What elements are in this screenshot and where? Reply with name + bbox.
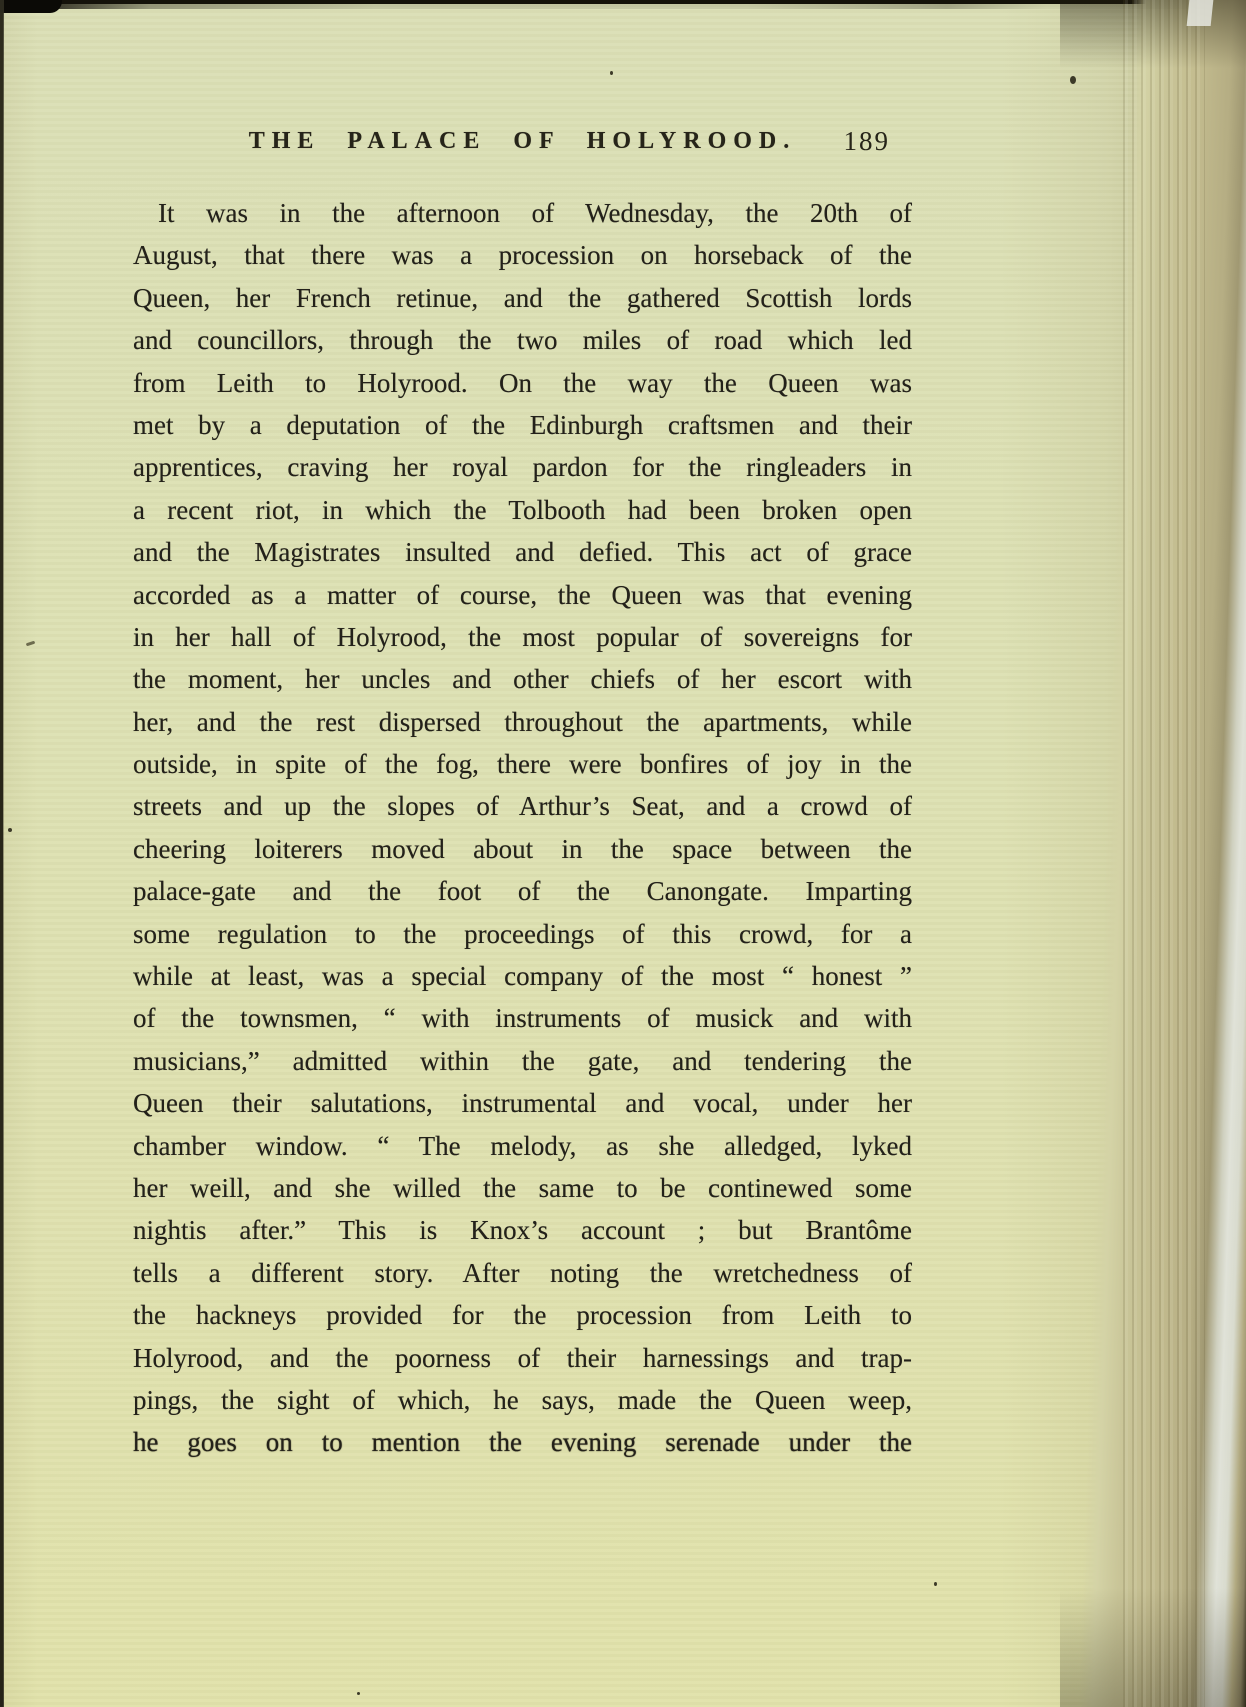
text-line: apprentices, craving her royal pardon fo… xyxy=(133,446,912,488)
text-line: met by a deputation of the Edinburgh cra… xyxy=(133,404,912,446)
scan-top-edge-shadow xyxy=(0,0,1246,9)
dust-speck xyxy=(610,71,613,75)
text-line: while at least, was a special company of… xyxy=(133,955,912,997)
scan-corner-shadow xyxy=(0,0,62,13)
dust-speck xyxy=(934,1582,937,1586)
text-line: It was in the afternoon of Wednesday, th… xyxy=(133,192,912,234)
text-line: nightis after.” This is Knox’s account ;… xyxy=(133,1209,912,1251)
text-line: tells a different story. After noting th… xyxy=(133,1252,912,1294)
running-title: THE PALACE OF HOLYROOD. xyxy=(133,128,912,155)
text-line: her weill, and she willed the same to be… xyxy=(133,1167,912,1209)
text-line: he goes on to mention the evening serena… xyxy=(133,1421,912,1463)
text-line: and the Magistrates insulted and defied.… xyxy=(133,531,912,573)
text-line: Queen their salutations, instrumental an… xyxy=(133,1082,912,1124)
page-edge-streaks xyxy=(1123,0,1205,1707)
text-line: in her hall of Holyrood, the most popula… xyxy=(133,616,912,658)
text-line: palace-gate and the foot of the Canongat… xyxy=(133,870,912,912)
text-line: and councillors, through the two miles o… xyxy=(133,319,912,361)
text-line: pings, the sight of which, he says, made… xyxy=(133,1379,912,1421)
text-line: a recent riot, in which the Tolbooth had… xyxy=(133,489,912,531)
text-line: the hackneys provided for the procession… xyxy=(133,1294,912,1336)
dust-speck xyxy=(357,1692,360,1695)
text-line: from Leith to Holyrood. On the way the Q… xyxy=(133,362,912,404)
dust-speck xyxy=(8,828,12,832)
text-line: musicians,” admitted within the gate, an… xyxy=(133,1040,912,1082)
text-line: Queen, her French retinue, and the gathe… xyxy=(133,277,912,319)
running-header: THE PALACE OF HOLYROOD. 189 xyxy=(133,128,912,172)
text-line: some regulation to the proceedings of th… xyxy=(133,913,912,955)
text-line: of the townsmen, “ with instruments of m… xyxy=(133,997,912,1039)
scan-left-edge-shadow xyxy=(0,0,4,1707)
page-number: 189 xyxy=(844,126,891,157)
body-text: It was in the afternoon of Wednesday, th… xyxy=(133,192,912,1464)
text-line: the moment, her uncles and other chiefs … xyxy=(133,658,912,700)
text-line: August, that there was a procession on h… xyxy=(133,234,912,276)
text-column: THE PALACE OF HOLYROOD. 189 It was in th… xyxy=(133,128,912,1464)
book-fore-edge xyxy=(1060,0,1246,1707)
text-line: cheering loiterers moved about in the sp… xyxy=(133,828,912,870)
text-line: chamber window. “ The melody, as she all… xyxy=(133,1125,912,1167)
text-line: outside, in spite of the fog, there were… xyxy=(133,743,912,785)
scanned-book-page: THE PALACE OF HOLYROOD. 189 It was in th… xyxy=(0,0,1246,1707)
page-edge-highlight xyxy=(1187,0,1214,26)
text-line: Holyrood, and the poorness of their harn… xyxy=(133,1337,912,1379)
text-line: streets and up the slopes of Arthur’s Se… xyxy=(133,785,912,827)
text-line: her, and the rest dispersed throughout t… xyxy=(133,701,912,743)
text-line: accorded as a matter of course, the Quee… xyxy=(133,574,912,616)
dust-speck xyxy=(1070,76,1076,84)
